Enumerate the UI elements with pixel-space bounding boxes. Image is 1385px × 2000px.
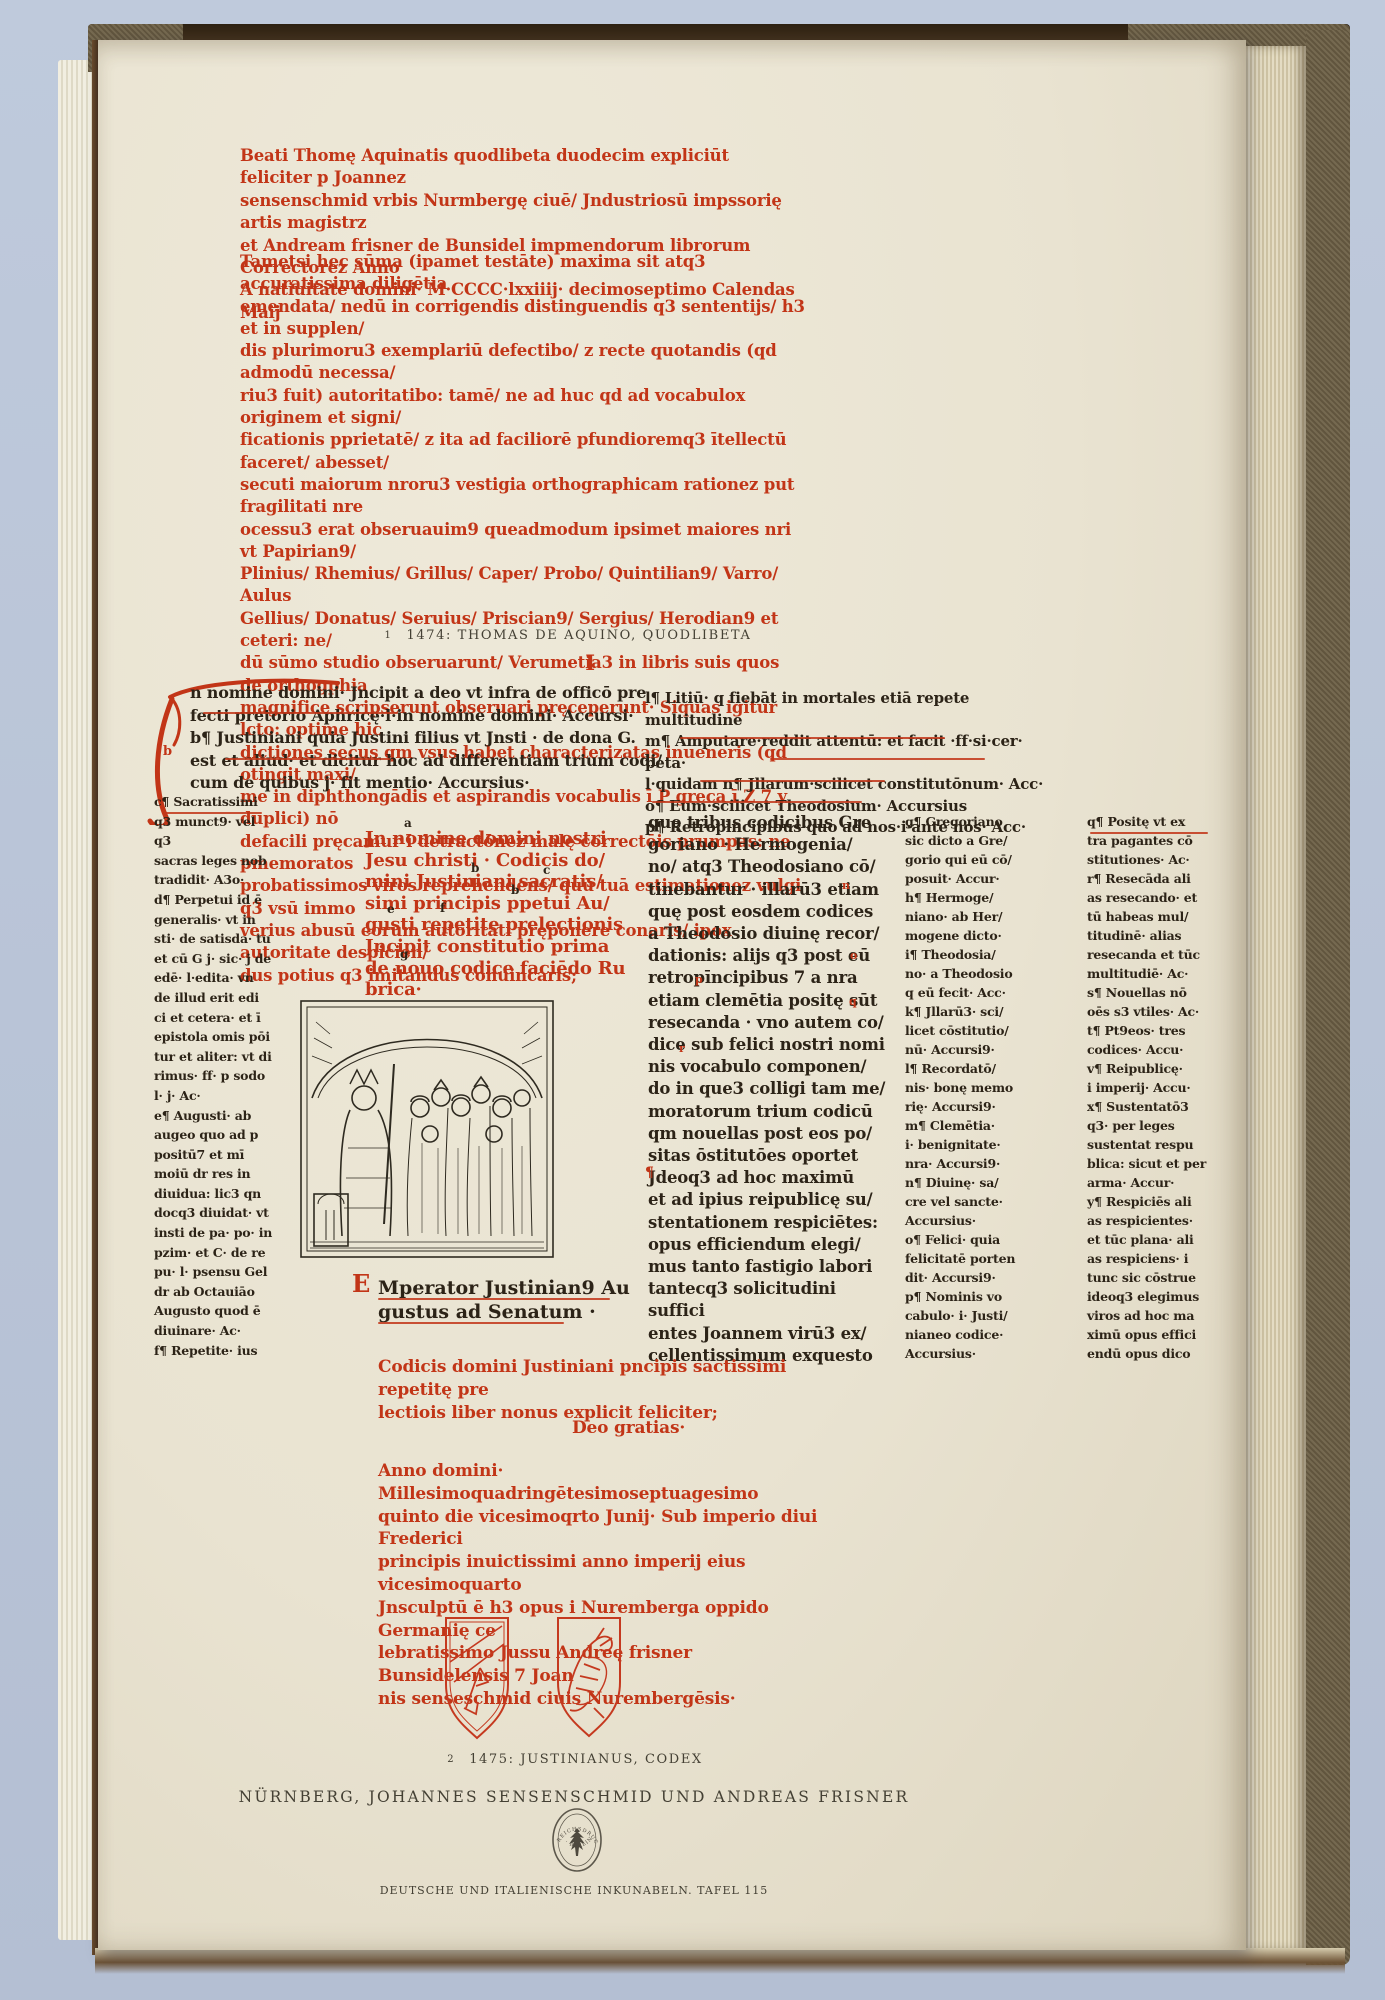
gloss-letter: g (400, 948, 408, 960)
plate-title: NÜRNBERG, JOHANNES SENSENSCHMID UND ANDR… (174, 1788, 974, 1806)
cover-cloth-right (1306, 30, 1350, 1965)
gloss-letter: r (679, 1043, 685, 1054)
red-underline (203, 712, 398, 714)
gloss-letter: a (404, 817, 412, 829)
facsimile2-caption-text: 1475: JUSTINIANUS, CODEX (469, 1752, 703, 1767)
gloss-letter: q (849, 996, 857, 1007)
red-underline (700, 780, 885, 782)
red-underline (225, 758, 390, 760)
reichsdruckerei-stamp: REICHSDRUCKEREI · BERLIN · (550, 1806, 604, 1874)
red-underline (652, 801, 862, 803)
photograph-of-incunabula-plate: { "plate": { "title": "NÜRNBERG, JOHANNE… (0, 0, 1385, 2000)
gloss-letter: n (842, 880, 850, 891)
gloss-letter: b (471, 862, 479, 874)
gloss-letter: b (511, 884, 519, 896)
page-block-edge-right (1244, 46, 1306, 1951)
book-bottom-edge (95, 1948, 1345, 1974)
plate-page: Beati Thomę Aquinatis quodlibeta duodeci… (98, 40, 1246, 1950)
gloss-letter: b (163, 745, 172, 758)
facsimile1-caption-text: 1474: THOMAS DE AQUINO, QUODLIBETA (406, 628, 751, 643)
facsimile2-imperator-heading: Mperator Justinian9 Au gustus ad Senatum… (378, 1276, 638, 1324)
woodcut-illustration (298, 998, 556, 1260)
red-underline (680, 737, 945, 739)
red-underline (770, 758, 985, 760)
gloss-letter: e (387, 903, 395, 915)
facsimile2-topleft-block: n nomine domini· Jncipit a deo vt infra … (190, 682, 715, 795)
series-caption: DEUTSCHE UND ITALIENISCHE INKUNABELN. TA… (274, 1884, 874, 1897)
facsimile2-incipit-rubric: Jn nomine domini nostri Jesu christi · C… (365, 828, 635, 1001)
gloss-letter: p (695, 974, 703, 985)
facsimile2-deo-gratias: Deo gratias· (572, 1418, 732, 1438)
facsimile2-caption-number: 2 (447, 1754, 455, 1765)
gloss-letter: c (543, 864, 550, 876)
facsimile2-caption: 21475: JUSTINIANUS, CODEX (275, 1752, 875, 1767)
facsimile2-right-gloss-column: q¶ Positę vt ex tra pagantes cō stitutio… (1087, 812, 1242, 1363)
red-underline (1090, 832, 1208, 834)
facsimile2-mid-gloss-column: g¶ Gregoriano sic dicto a Gre/ gorio qui… (905, 812, 1060, 1363)
gloss-letter: f (440, 902, 445, 914)
red-underline (378, 1322, 564, 1324)
facsimile2-main-column: quę tribus codicibus Gre goriano · Hermo… (648, 812, 893, 1367)
facsimile2-left-gloss-column: c¶ Sacratissimi q3 munct9· vel q3 sacras… (154, 792, 274, 1360)
red-underline (162, 812, 262, 814)
printer-device-shields (436, 1612, 646, 1762)
facsimile2-explicit: Codicis domini Justiniani pncipis sactis… (378, 1356, 818, 1425)
gloss-letter: ¶ (645, 1166, 654, 1180)
red-underline (378, 1298, 610, 1300)
section-numeral: I (580, 650, 600, 675)
gloss-letter: E (352, 1272, 370, 1296)
gloss-letter: o (850, 950, 857, 961)
